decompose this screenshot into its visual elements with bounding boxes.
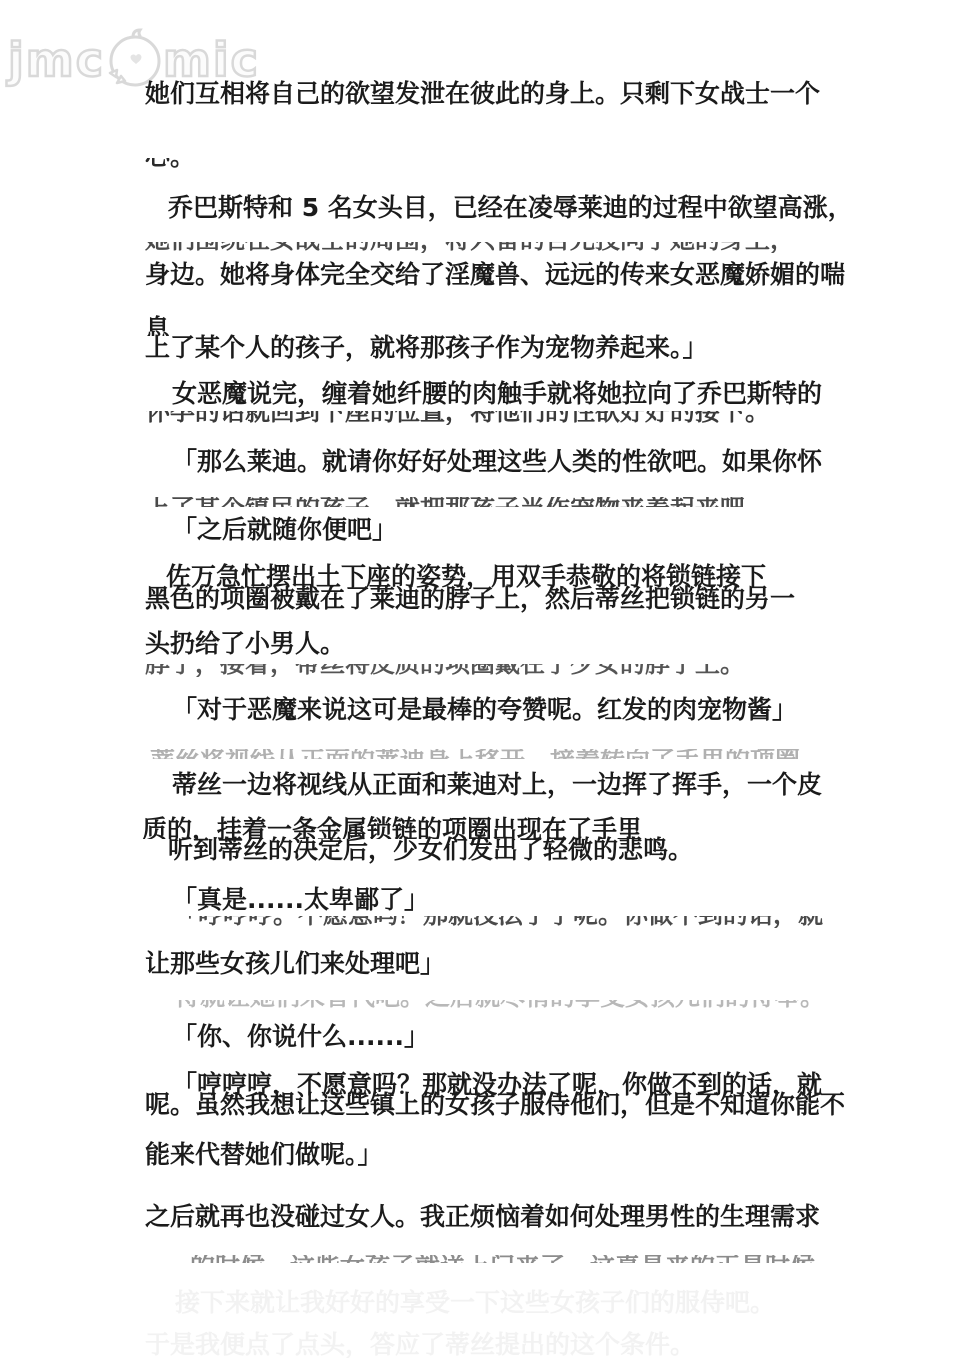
text-line: 女恶魔说完，缠着她纤腰的肉触手就将她拉向了乔巴斯特的 bbox=[172, 379, 822, 409]
text-line: 身边。她将身体完全交给了淫魔兽、远远的传来女恶魔娇媚的喘 bbox=[145, 260, 845, 290]
text-line: 她们互相将自己的欲望发泄在彼此的身上。只剩下女战士一个 bbox=[145, 79, 820, 109]
clipped-text-line: 得就让她们来替代吧。之后就尽情的享受女孩儿们的侍奉。 bbox=[175, 1000, 825, 1010]
text-line: 让那些女孩儿们来处理吧」 bbox=[145, 949, 445, 979]
clipped-text-line: 蒂丝将视线从正面的莱迪身上移开，接着转向了手里的项圈 bbox=[150, 749, 800, 759]
text-line: 能来代替她们做呢。」 bbox=[145, 1140, 383, 1170]
clipped-text-line: 她们围绕在女战士的周围，将兴奋的目光投向了她的身上， bbox=[145, 242, 795, 253]
text-line: 呢。虽然我想让这些镇上的女孩子服侍他们，但是不知道你能不 bbox=[145, 1090, 845, 1120]
clipped-text-line: 怀孕的话就回到下座的位置，将他们的性欲好好的接下。 bbox=[145, 411, 770, 425]
text-line: 「之后就随你便吧」 bbox=[172, 515, 397, 545]
clipped-text-line: 脖子，接着，蒂丝将皮质的项圈戴在了少女的脖子上。 bbox=[145, 664, 745, 677]
ghost-text-line: 于是我便点了点头，答应了蒂丝提出的这个条件。 bbox=[145, 1330, 695, 1358]
text-line: 「真是......太卑鄙了」 bbox=[172, 885, 429, 915]
text-line: 之后就再也没碰过女人。我正烦恼着如何处理男性的生理需求 bbox=[145, 1202, 820, 1232]
text-line: 「那么莱迪。就请你好好处理这些人类的性欲吧。如果你怀 bbox=[172, 447, 822, 477]
ghost-text-line: 接下来就让我好好的享受一下这些女孩子们的服侍吧。 bbox=[175, 1288, 775, 1318]
novel-text-page: jmc mic 她们互相将自己的欲望发泄在彼此的身上。只剩下女战士一个 心。 乔… bbox=[0, 0, 960, 1358]
text-line: 听到蒂丝的决定后，少女们发出了轻微的悲鸣。 bbox=[168, 835, 693, 865]
text-line: 「你、你说什么......」 bbox=[172, 1022, 429, 1052]
clipped-text-line: 「哼哼哼。不愿意吗？那就没法子了呢。你做不到的话，就 bbox=[173, 916, 823, 928]
clipped-text-line: 上了某个镇民的孩子，就把那孩子当作宠物来养起来吧。 bbox=[145, 497, 770, 507]
text-line: 黑色的项圈被戴在了莱迪的脖子上，然后蒂丝把锁链的另一 bbox=[145, 584, 795, 614]
clipped-text-line: 心。 bbox=[145, 158, 195, 170]
text-line: 乔巴斯特和 5 名女头目，已经在凌辱莱迪的过程中欲望高涨， bbox=[168, 193, 853, 223]
text-line: 上了某个人的孩子，就将那孩子作为宠物养起来。」 bbox=[145, 333, 708, 363]
text-line: 蒂丝一边将视线从正面和莱迪对上，一边挥了挥手，一个皮 bbox=[172, 770, 822, 800]
clipped-text-line: 的时候，这些女孩子就送上门来了。这真是来的正是时候。 bbox=[190, 1255, 840, 1263]
logo-text-left: jmc bbox=[8, 30, 105, 90]
text-line: 「对于恶魔来说这可是最棒的夸赞呢。红发的肉宠物酱」 bbox=[172, 695, 797, 725]
text-line: 头扔给了小男人。 bbox=[145, 629, 345, 659]
